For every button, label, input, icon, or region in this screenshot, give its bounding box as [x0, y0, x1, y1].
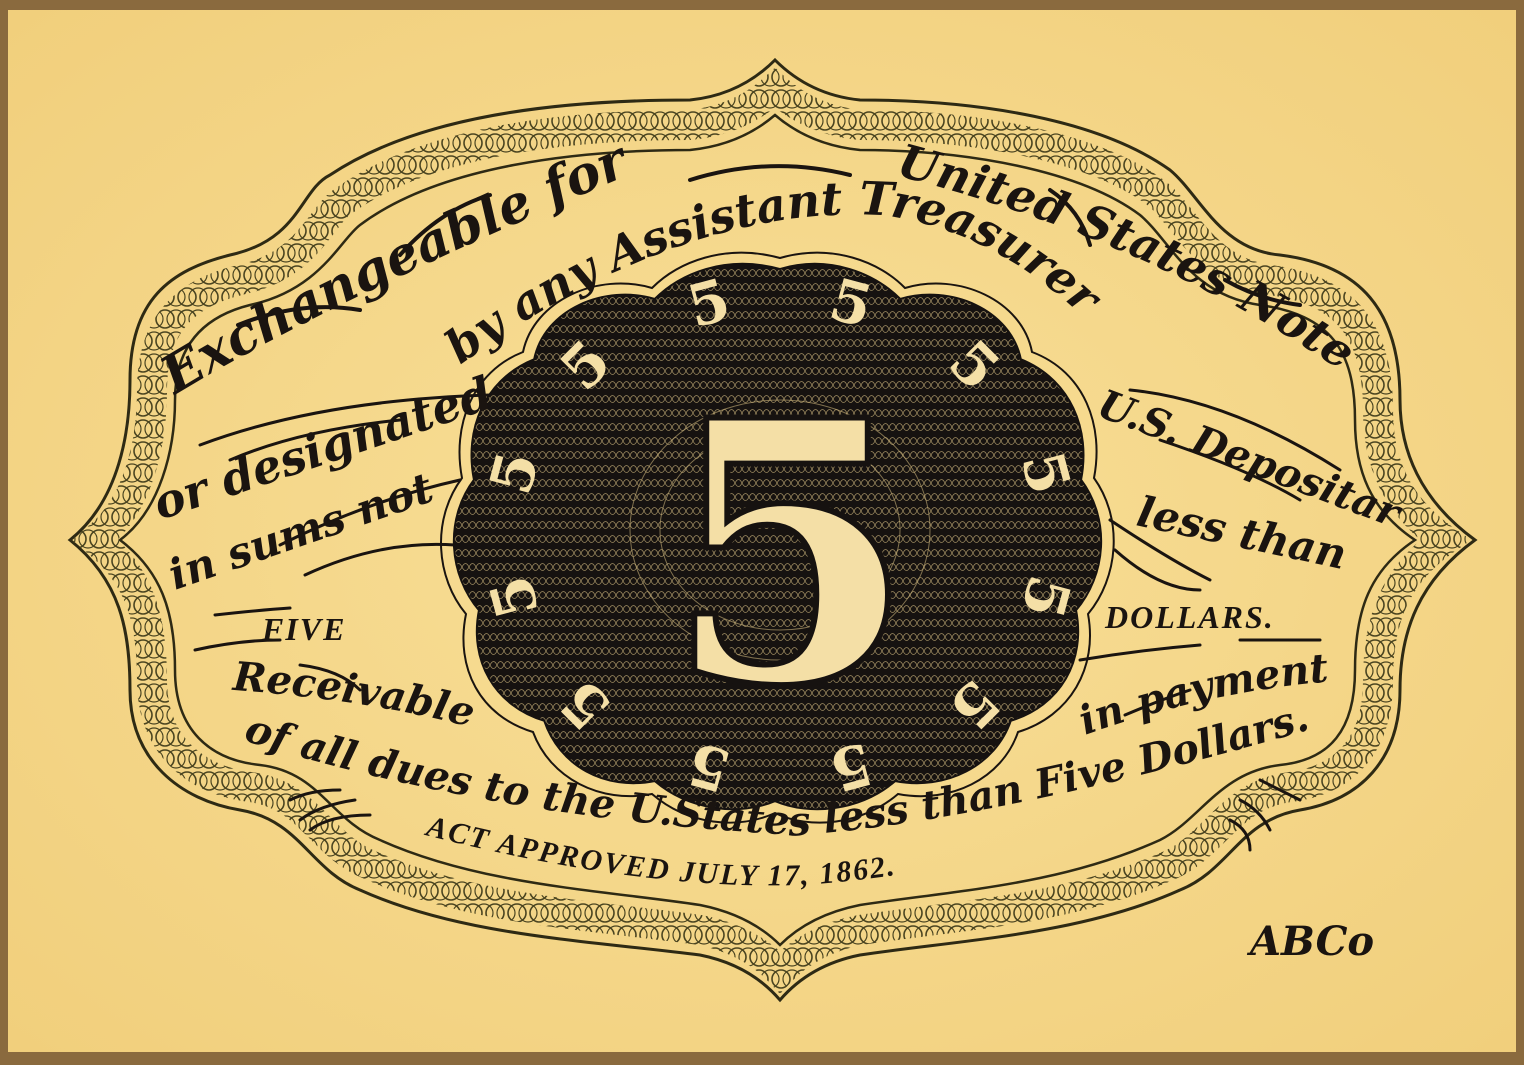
text-dollars: DOLLARS. [1104, 599, 1275, 635]
denomination-numeral: 5 [665, 342, 916, 765]
fractional-currency-note: 555555555555 5 Exchangeable for United S… [0, 0, 1524, 1065]
text-five: FIVE [261, 611, 346, 647]
engraver-monogram: ABCo [1246, 918, 1374, 965]
